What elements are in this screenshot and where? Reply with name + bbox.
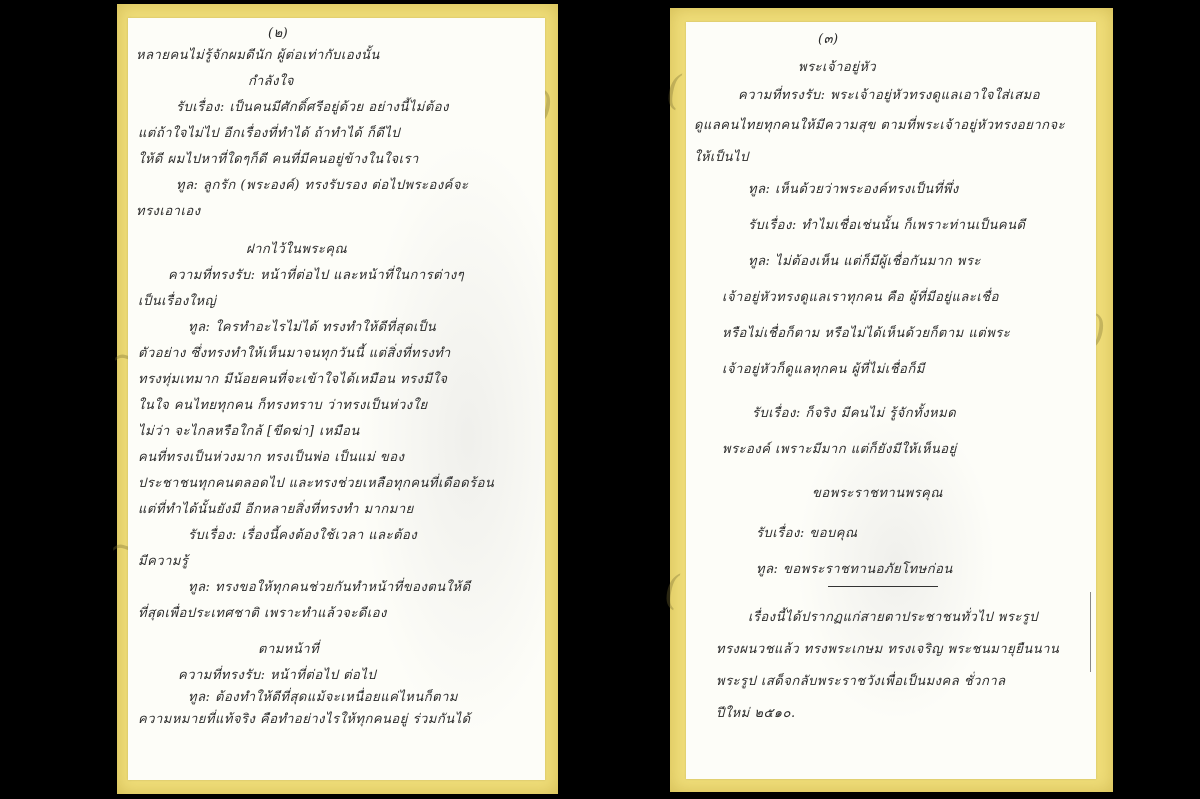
handwritten-line: ให้ดี ผมไปหาที่ใดๆก็ดี คนที่มีคนอยู่ข้าง… [138,148,419,169]
section-heading: กำลังใจ [248,70,294,91]
handwritten-line: ให้เป็นไป [694,146,749,167]
underline-rule [828,586,938,587]
handwritten-line: ความหมายที่แท้จริง คือทำอย่างไรให้ทุกคนอ… [138,708,471,729]
handwritten-line: ทูล: ลูกรัก (พระองค์) ทรงรับรอง ต่อไปพระ… [176,174,468,195]
handwritten-line: ทรงผนวชแล้ว ทรงพระเกษม ทรงเจริญ พระชนมาย… [716,638,1059,659]
handwritten-line: ตัวอย่าง ซึ่งทรงทำให้เห็นมาจนทุกวันนี้ แ… [138,342,451,363]
handwritten-line: แต่ที่ทำได้นั้นยังมี อีกหลายสิ่งที่ทรงทำ… [138,498,414,519]
handwritten-line: รับเรื่อง: เรื่องนี้คงต้องใช้เวลา และต้อ… [188,524,417,545]
handwritten-line: หรือไม่เชื่อก็ตาม หรือไม่ได้เห็นด้วยก็ตา… [722,322,1010,343]
handwritten-line: เจ้าอยู่หัวทรงดูแลเราทุกคน คือ ผู้ที่มีอ… [722,286,999,307]
margin-rule [1090,592,1091,672]
background-scribble: ( [664,568,680,614]
handwritten-line: ทูล: ใครทำอะไรไม่ได้ ทรงทำให้ดีที่สุดเป็… [188,316,436,337]
handwritten-line: รับเรื่อง: เป็นคนมีศักดิ์ศรีอยู่ด้วย อย่… [176,96,449,117]
watermark-shadow [358,138,545,738]
handwritten-line: ดูแลคนไทยทุกคนให้มีความสุข ตามที่พระเจ้า… [694,114,1065,135]
handwritten-line: แต่ถ้าใจไม่ไป อีกเรื่องที่ทำได้ ถ้าทำได้… [138,122,400,143]
handwritten-line: พระองค์ เพราะมีมาก แต่ก็ยังมีให้เห็นอยู่ [722,438,957,459]
handwritten-line: ทรงทุ่มเทมาก มีน้อยคนที่จะเข้าใจได้เหมือ… [138,368,447,389]
right-page-frame: ( ( ) (๓) พระเจ้าอยู่หัว ความที่ทรงรับ: … [670,8,1113,792]
section-heading: ฝากไว้ในพระคุณ [246,238,347,259]
handwritten-line: รับเรื่อง: ทำไมเชื่อเช่นนั้น ก็เพราะท่าน… [748,214,1025,235]
handwritten-line: มีความรู้ [138,550,188,571]
handwritten-line: คนที่ทรงเป็นห่วงมาก ทรงเป็นพ่อ เป็นแม่ ข… [138,446,404,467]
background-scribble: ( [666,68,682,114]
handwritten-line: ไม่ว่า จะไกลหรือใกล้ [ขีดฆ่า] เหมือน [138,420,360,441]
section-heading: ตามหน้าที่ [258,638,319,659]
handwritten-line: ที่สุดเพื่อประเทศชาติ เพราะทำแล้วจะดีเอง [138,602,387,623]
handwritten-line: ความที่ทรงรับ: หน้าที่ต่อไป และหน้าที่ใน… [168,264,464,285]
handwritten-line: พระรูป เสด็จกลับพระราชวังเพื่อเป็นมงคล ช… [716,670,1006,691]
handwritten-page-left: (๒) หลายคนไม่รู้จักผมดีนัก ผู้ต่อเท่ากับ… [128,18,545,780]
handwritten-line: ความที่ทรงรับ: พระเจ้าอยู่หัวทรงดูแลเอาใ… [738,84,1040,105]
handwritten-line: ปีใหม่ ๒๕๑๐. [716,702,796,723]
handwritten-line: ทูล: ต้องทำให้ดีที่สุดแม้จะเหนื่อยแค่ไหน… [188,686,458,707]
handwritten-line: ความที่ทรงรับ: หน้าที่ต่อไป ต่อไป [178,664,376,685]
handwritten-line: รับเรื่อง: ขอบคุณ [756,522,858,543]
handwritten-line: หลายคนไม่รู้จักผมดีนัก ผู้ต่อเท่ากับเองน… [136,44,380,65]
section-heading: ขอพระราชทานพรคุณ [812,482,943,503]
handwritten-line: ทูล: ทรงขอให้ทุกคนช่วยกันทำหน้าที่ของตนใ… [188,576,471,597]
page-number: (๓) [818,28,839,49]
handwritten-line: ทูล: เห็นด้วยว่าพระองค์ทรงเป็นที่พึ่ง [748,178,959,199]
handwritten-page-right: (๓) พระเจ้าอยู่หัว ความที่ทรงรับ: พระเจ้… [686,22,1096,779]
page-number: (๒) [268,22,288,43]
handwritten-line: เจ้าอยู่หัวก็ดูแลทุกคน ผู้ที่ไม่เชื่อก็ม… [722,358,925,379]
handwritten-line: เป็นเรื่องใหญ่ [138,290,216,311]
handwritten-line: เรื่องนี้ได้ปรากฏแก่สายตาประชาชนทั่วไป พ… [748,606,1038,627]
handwritten-line: ทูล: ไม่ต้องเห็น แต่ก็มีผู้เชื่อกันมาก พ… [748,250,981,271]
left-page-frame: ~ ~ ) (๒) หลายคนไม่รู้จักผมดีนัก ผู้ต่อเ… [117,4,558,794]
handwritten-line: ทูล: ขอพระราชทานอภัยโทษก่อน [756,558,953,579]
handwritten-line: ประชาชนทุกคนตลอดไป และทรงช่วยเหลือทุกคนท… [138,472,494,493]
section-heading: พระเจ้าอยู่หัว [798,56,876,77]
handwritten-line: ทรงเอาเอง [136,200,201,221]
handwritten-line: ในใจ คนไทยทุกคน ก็ทรงทราบ ว่าทรงเป็นห่วง… [138,394,428,415]
handwritten-line: รับเรื่อง: ก็จริง มีคนไม่ รู้จักทั้งหมด [752,402,956,423]
